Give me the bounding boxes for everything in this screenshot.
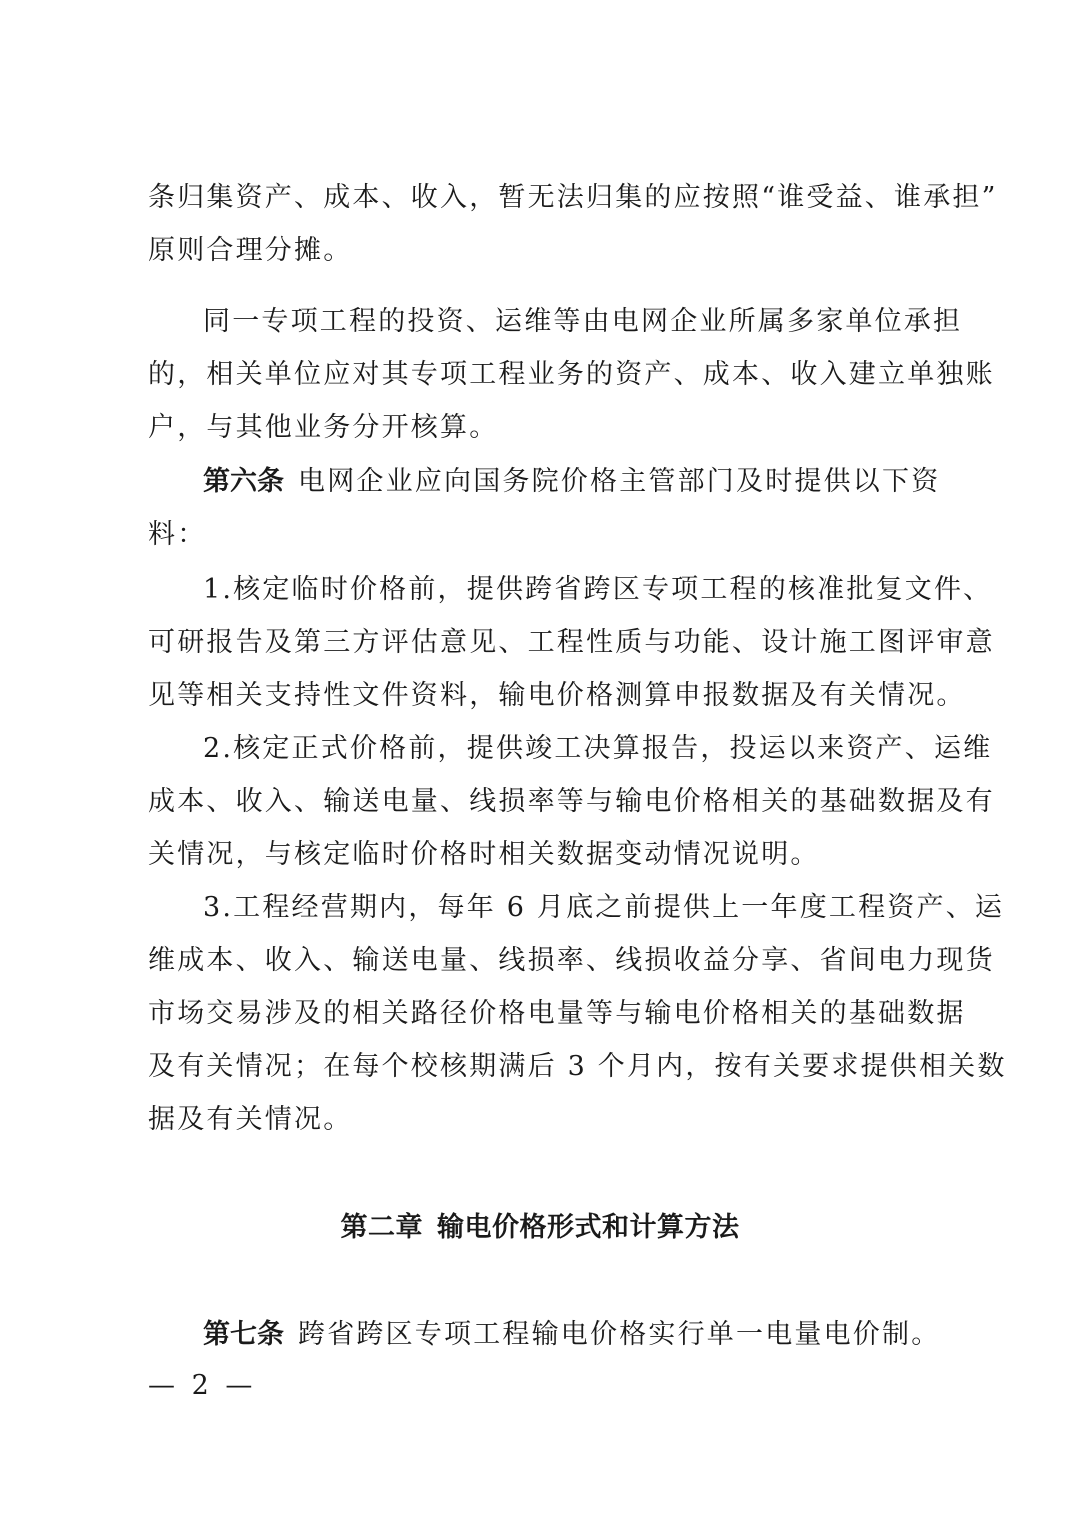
paragraph-line: 条归集资产、成本、收入，暂无法归集的应按照“谁受益、谁承担” (148, 178, 935, 218)
paragraph-line: 维成本、收入、输送电量、线损率、线损收益分享、省间电力现货 (148, 941, 935, 981)
article-text: 跨省跨区专项工程输电价格实行单一电量电价制。 (298, 1319, 940, 1350)
page-number: — 2 — (148, 1366, 256, 1406)
article-label: 第六条 (203, 466, 284, 497)
chapter-title: 输电价格形式和计算方法 (437, 1212, 740, 1243)
paragraph-line: 料： (148, 515, 935, 555)
paragraph-line: 的，相关单位应对其专项工程业务的资产、成本、收入建立单独账 (148, 355, 935, 395)
paragraph-line: 户，与其他业务分开核算。 (148, 408, 935, 448)
paragraph-line: 市场交易涉及的相关路径价格电量等与输电价格相关的基础数据 (148, 994, 935, 1034)
paragraph-line: 成本、收入、输送电量、线损率等与输电价格相关的基础数据及有 (148, 782, 935, 822)
article-text: 电网企业应向国务院价格主管部门及时提供以下资 (298, 466, 940, 497)
list-item-2-line: 2.核定正式价格前，提供竣工决算报告，投运以来资产、运维 (203, 729, 935, 769)
paragraph-line: 原则合理分摊。 (148, 231, 935, 271)
paragraph-line: 据及有关情况。 (148, 1100, 935, 1140)
list-item-3-line: 3.工程经营期内，每年 6 月底之前提供上一年度工程资产、运 (203, 888, 935, 928)
document-page: 条归集资产、成本、收入，暂无法归集的应按照“谁受益、谁承担” 原则合理分摊。 同… (0, 0, 1080, 1528)
article-6-line: 第六条电网企业应向国务院价格主管部门及时提供以下资 (203, 462, 935, 502)
article-7-line: 第七条跨省跨区专项工程输电价格实行单一电量电价制。 (203, 1315, 935, 1355)
paragraph-line: 同一专项工程的投资、运维等由电网企业所属多家单位承担 (203, 302, 935, 342)
chapter-number: 第二章 (341, 1212, 424, 1243)
paragraph-line: 可研报告及第三方评估意见、工程性质与功能、设计施工图评审意 (148, 623, 935, 663)
list-item-1-line: 1.核定临时价格前，提供跨省跨区专项工程的核准批复文件、 (203, 570, 935, 610)
paragraph-line: 见等相关支持性文件资料，输电价格测算申报数据及有关情况。 (148, 676, 935, 716)
paragraph-line: 及有关情况；在每个校核期满后 3 个月内，按有关要求提供相关数 (148, 1047, 935, 1087)
article-label: 第七条 (203, 1319, 284, 1350)
chapter-heading: 第二章输电价格形式和计算方法 (0, 1208, 1080, 1248)
paragraph-line: 关情况，与核定临时价格时相关数据变动情况说明。 (148, 835, 935, 875)
